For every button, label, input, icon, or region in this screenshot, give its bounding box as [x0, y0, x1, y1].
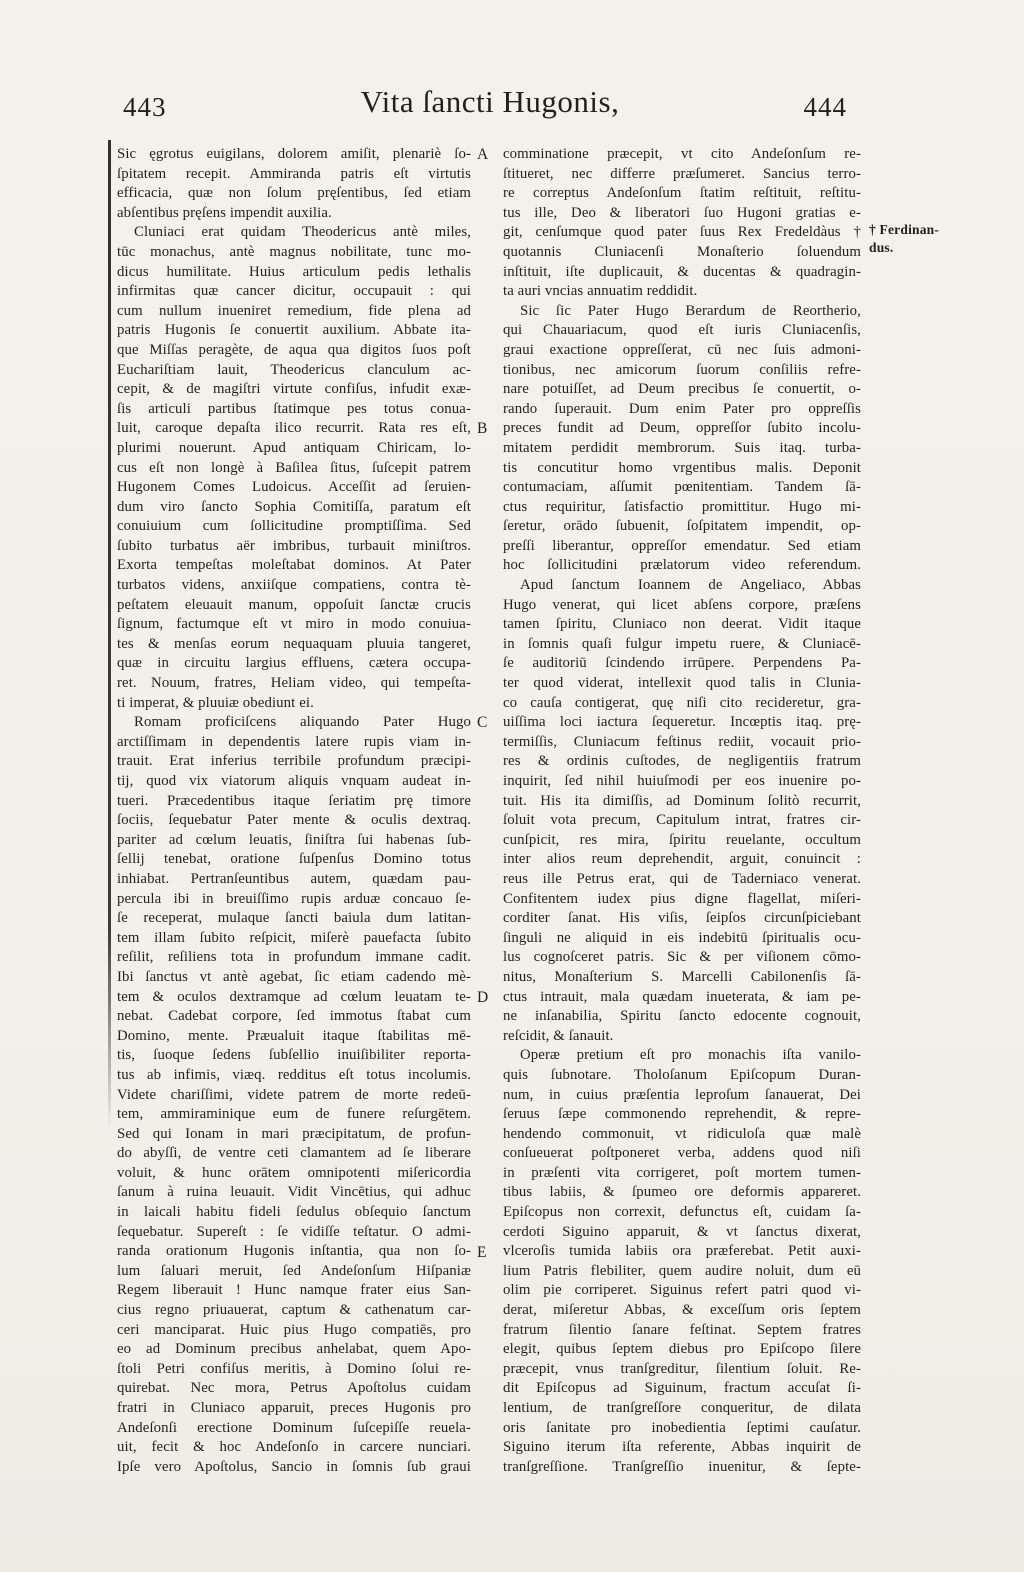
text-line: quis ſubnotare. Tholoſanum Epiſcopum Dur…: [503, 1066, 861, 1086]
text-line: tueri. Præcedentibus itaque ſeriatim prę…: [117, 792, 471, 812]
text-line: Andeſonſi erectione Dominum ſuſcepiſſe r…: [117, 1419, 471, 1439]
text-line: ne inſanabilia, Spiritu ſancto edocente …: [503, 1007, 861, 1027]
text-line: ta auri vncias annuatim reddidit.: [503, 282, 861, 302]
text-line: olim pie corriperet. Siguinus refert pat…: [503, 1281, 861, 1301]
margin-note: † Ferdinan-dus.: [869, 221, 1019, 256]
text-line: cerdoti Siguino apparuit, & vt ſanctus d…: [503, 1223, 861, 1243]
text-line: ſanum à ruina leuauit. Vidit Vincētius, …: [117, 1183, 471, 1203]
text-line: Sed qui Ionam in mari præcipitatum, de p…: [117, 1125, 471, 1145]
text-line: ſequebatur. Supereſt : ſe vidiſſe teſtat…: [117, 1223, 471, 1243]
text-line: Exorta tempeſtas moleſtabat dominos. At …: [117, 556, 471, 576]
text-line: trauit. Erat inferius terribile profundu…: [117, 752, 471, 772]
text-line: cunſpicit, res mira, ſpiritu reuelante, …: [503, 831, 861, 851]
text-line: tem & oculos dextramque ad cœlum leuatam…: [117, 988, 471, 1008]
text-line: hendendo commonuit, vt ridiculoſa quæ ma…: [503, 1125, 861, 1145]
text-line: tuit. His ita dimiſſis, ad Dominum ſolit…: [503, 792, 861, 812]
text-line: preces fundit ad Deum, oppreſſor ſubito …: [503, 419, 861, 439]
text-line: in ſomnis quaſi fulgur impetu ruere, & C…: [503, 635, 861, 655]
text-line: ſpitatem recepit. Ammiranda patris eſt v…: [117, 165, 471, 185]
text-line: ſeruus ſæpe commonendo reprehendit, & re…: [503, 1105, 861, 1125]
text-line: tionibus, nec amicorum ſuorum conſiliis …: [503, 361, 861, 381]
text-line: voluit, & hunc orātem omnipotenti miſeri…: [117, 1164, 471, 1184]
text-line: ret. Nouum, fratres, Heliam video, qui t…: [117, 674, 471, 694]
text-line: fratrum ſilentio ſanare feſtinat. Septem…: [503, 1321, 861, 1341]
text-line: dit Epiſcopus ad Siguinum, fractum accuſ…: [503, 1379, 861, 1399]
scan-fold-line: [108, 140, 111, 1130]
text-line: elegit, quibus ſeptem diebus pro Epiſcop…: [503, 1340, 861, 1360]
text-line: in præſenti vita corrigeret, poſt mortem…: [503, 1164, 861, 1184]
text-line: ſignum, factumque eſt vt miro in modo co…: [117, 615, 471, 635]
text-line: Ibi ſanctus vt antè agebat, ſic etiam ca…: [117, 968, 471, 988]
text-line: inſtituit, iſte duplicauit, & ducentas &…: [503, 263, 861, 283]
book-page: 443 Vita ſancti Hugonis, 444 Sic ęgrotus…: [0, 0, 1024, 1572]
text-line: Romam proficiſcens aliquando Pater Hugo: [117, 713, 471, 733]
text-line: ſociis, ſequebatur Pater mente & oculis …: [117, 811, 471, 831]
section-marker-e: E: [477, 1243, 486, 1263]
text-line: uiſſima loci iactura ſequeretur. Incœpti…: [503, 713, 861, 733]
text-line: Confitentem iudex pius digne flagellat, …: [503, 890, 861, 910]
text-line: do abyſſi, de ventre ceti clamantem ad ſ…: [117, 1144, 471, 1164]
text-line: tij, quod vix viatorum aliquis vnquam au…: [117, 772, 471, 792]
text-line: turbatos videns, anxiiſque compatiens, c…: [117, 576, 471, 596]
text-line: oris ſanitate pro inobedientia ſeptimi c…: [503, 1419, 861, 1439]
text-line: randa orationum Hugonis inſtantia, qua n…: [117, 1242, 471, 1262]
text-line: rando ſuperauit. Dum enim Pater pro oppr…: [503, 400, 861, 420]
text-line: inter alios reum deprehendit, arguit, co…: [503, 850, 861, 870]
text-line: ſe receperat, mulaque ſancti baiula dum …: [117, 909, 471, 929]
text-line: ceri manciparat. Huic pius Hugo compatiē…: [117, 1321, 471, 1341]
text-line: ſe auditoriū ſcindendo irrūpere. Perpend…: [503, 654, 861, 674]
section-marker-b: B: [477, 419, 487, 439]
text-line: hoc ſollicitudini prælatorum video refer…: [503, 556, 861, 576]
text-line: Epiſcopus non correxit, defunctus eſt, c…: [503, 1203, 861, 1223]
text-line: pariter ad cœlum leuatis, ſiniſtra ſui h…: [117, 831, 471, 851]
text-line: termiſſis, Cluniacum feſtinus rediit, vo…: [503, 733, 861, 753]
text-line: lum ſaluari meruit, ſed Andeſonſum Hiſpa…: [117, 1262, 471, 1282]
text-line: tem, ammiraminique eum de funere reſurgē…: [117, 1105, 471, 1125]
text-line: cus eſt non longè à Baſilea ſitus, ſuſce…: [117, 459, 471, 479]
text-line: Sic ęgrotus euigilans, dolorem amiſit, p…: [117, 145, 471, 165]
text-line: reus ille Petrus erat, qui de Taderniaco…: [503, 870, 861, 890]
text-line: ſinguli ne aliquid in eis indebitū ſpiri…: [503, 929, 861, 949]
text-line: ſoluit vota precum, Capitulum intrat, fr…: [503, 811, 861, 831]
text-line: co cauſa contigerat, quę niſi cito recid…: [503, 694, 861, 714]
text-line: cum nullum inueniret remedium, fide plen…: [117, 302, 471, 322]
text-line: peſtatem eleuauit manum, oppoſuit ſanctæ…: [117, 596, 471, 616]
text-line: tem illam ſubito reſpicit, miſerè pauefa…: [117, 929, 471, 949]
text-line: ctus requiritur, ſatisfactio promittitur…: [503, 498, 861, 518]
text-line: que Miſſas peragète, de aqua qua digitos…: [117, 341, 471, 361]
text-line: cius regno priuauerat, captum & cathenat…: [117, 1301, 471, 1321]
right-column-number: 444: [804, 92, 848, 123]
text-line: efficacia, quæ non ſolum pręſentibus, ſe…: [117, 184, 471, 204]
text-line: Ipſe vero Apoſtolus, Sancio in ſomnis ſu…: [117, 1458, 471, 1478]
margin-note-line: dus.: [869, 239, 1019, 257]
text-line: Hugonem Comes Ludoicus. Acceſſit ad ſeru…: [117, 478, 471, 498]
text-line: tranſgreſſione. Tranſgreſſio inuenitur, …: [503, 1458, 861, 1478]
right-text-column: comminatione præcepit, vt cito Andeſonſu…: [503, 145, 861, 1477]
text-line: inhiabat. Pertranſeuntibus autem, quædam…: [117, 870, 471, 890]
text-line: quotannis Cluniacenſi Monaſterio ſoluend…: [503, 243, 861, 263]
text-line: arctiſſimam in dependentis latere rupis …: [117, 733, 471, 753]
text-line: tes & menſas eorum nequaquam pluuia tang…: [117, 635, 471, 655]
text-line: qui Chauariacum, quod eſt iuris Cluniace…: [503, 321, 861, 341]
text-line: infirmitas quæ cancer dicitur, occupauit…: [117, 282, 471, 302]
text-line: reſcidit, & ſanauit.: [503, 1027, 861, 1047]
text-line: nitus, Monaſterium S. Marcelli Cabilonen…: [503, 968, 861, 988]
text-line: Cluniaci erat quidam Theodericus antè mi…: [117, 223, 471, 243]
text-line: ſis articuli partibus ſtatimque pes totu…: [117, 400, 471, 420]
text-line: uit, fecit & hoc Andeſonſo in carcere nu…: [117, 1438, 471, 1458]
text-line: ſtitueret, nec differre præſumeret. Sanc…: [503, 165, 861, 185]
text-line: inquirit, ſed nihil huiuſmodi per eos in…: [503, 772, 861, 792]
text-line: comminatione præcepit, vt cito Andeſonſu…: [503, 145, 861, 165]
text-line: dum viro ſancto Sophia Comitiſſa, paratu…: [117, 498, 471, 518]
text-line: conuiuium cum ſollicitudine promptiſſima…: [117, 517, 471, 537]
text-line: ti imperat, & pluuiæ obediunt ei.: [117, 694, 471, 714]
text-line: num, in cuius præſentia leproſum ſanauer…: [503, 1086, 861, 1106]
section-marker-c: C: [477, 713, 487, 733]
text-line: Operæ pretium eſt pro monachis iſta vani…: [503, 1046, 861, 1066]
section-marker-a: A: [477, 145, 488, 165]
text-line: dicus humilitate. Huius articulum pedis …: [117, 263, 471, 283]
text-line: contumaciam, aſſumit pœnitentiam. Tandem…: [503, 478, 861, 498]
text-line: luit, caroque depaſta ilico recurrit. Ra…: [117, 419, 471, 439]
text-line: tus ille, Deo & liberatori ſuo Hugoni gr…: [503, 204, 861, 224]
text-line: fratri in Cluniaco apparuit, preces Hugo…: [117, 1399, 471, 1419]
text-line: nebat. Cadebat corpore, ſed immotus ſtab…: [117, 1007, 471, 1027]
text-line: tis concutitur homo vrgentibus malis. De…: [503, 459, 861, 479]
section-marker-d: D: [477, 988, 488, 1008]
text-line: corditer ſanat. His viſis, ſeipſos circu…: [503, 909, 861, 929]
text-line: res & ordinis cuſtodes, de negligentiis …: [503, 752, 861, 772]
text-line: cepit, & de magiſtri virtute confiſus, i…: [117, 380, 471, 400]
text-line: ctus intrauit, mala quædam inueterata, &…: [503, 988, 861, 1008]
text-line: ſubito turbatus aër imbribus, turbauit m…: [117, 537, 471, 557]
text-line: patris Hugonis ſe conuertit auxilium. Ab…: [117, 321, 471, 341]
text-line: Sic ſic Pater Hugo Berardum de Reortheri…: [503, 302, 861, 322]
text-line: eo ad Dominum precibus anhelabat, quem A…: [117, 1340, 471, 1360]
text-line: ſtoli Petri confiſus meritis, à Domino ſ…: [117, 1360, 471, 1380]
text-line: ſellij tenebat, oratione ſuſpenſus Domin…: [117, 850, 471, 870]
text-line: Videte chariſſimi, videte patrem de mort…: [117, 1086, 471, 1106]
text-line: Siguino iterum iſta referente, Abbas inq…: [503, 1438, 861, 1458]
text-line: præcepit, vnus tranſgreditur, ſilentium …: [503, 1360, 861, 1380]
text-line: tibus labiis, & ſpumeo ore deformis appa…: [503, 1183, 861, 1203]
text-line: git, cenſumque quod pater ſuus Rex Frede…: [503, 223, 861, 243]
text-line: tamen ſpiritu, Cluniaco non deerat. Vidi…: [503, 615, 861, 635]
margin-note-line: † Ferdinan-: [869, 221, 1019, 239]
text-line: Domino, mente. Præualuit itaque ſtabilit…: [117, 1027, 471, 1047]
text-line: vlceroſis tumida labiis ora præferebat. …: [503, 1242, 861, 1262]
text-line: abſentibus pręſens impendit auxilia.: [117, 204, 471, 224]
text-line: reſilit, reſiliens tota in profundum imm…: [117, 948, 471, 968]
text-line: Regem liberauit ! Hunc namque frater eiu…: [117, 1281, 471, 1301]
text-line: Hugo venerat, qui licet abſens corpore, …: [503, 596, 861, 616]
left-text-column: Sic ęgrotus euigilans, dolorem amiſit, p…: [117, 145, 471, 1477]
page-title: Vita ſancti Hugonis,: [115, 84, 865, 120]
text-line: graui exactione oppreſſerat, cū nec ſuis…: [503, 341, 861, 361]
text-line: plurimi nouerunt. Apud antiquam Chiricam…: [117, 439, 471, 459]
text-line: lus cognoſceret patris. Sic & per viſion…: [503, 948, 861, 968]
text-line: re correptus Andeſonſum ſtatim reſtituit…: [503, 184, 861, 204]
text-line: tus ab infimis, viæq. redditus eſt totus…: [117, 1066, 471, 1086]
text-line: conſueuerat poſtponeret verba, addens qu…: [503, 1144, 861, 1164]
text-line: Euchariſtiam lauit, Theodericus clanculu…: [117, 361, 471, 381]
text-line: lium Patris flebiliter, quem audire nolu…: [503, 1262, 861, 1282]
text-line: percula ibi in breuiſſimo rupis arduæ co…: [117, 890, 471, 910]
text-line: preſſi liberantur, oppreſſor emendatur. …: [503, 537, 861, 557]
text-line: tis, ſuoque ſedens ſubſellio inuiſibilit…: [117, 1046, 471, 1066]
text-line: ſeretur, orādo ſubuenit, ſoſpitatem impe…: [503, 517, 861, 537]
text-line: in laicali habitu fideli ſedulus obſequi…: [117, 1203, 471, 1223]
text-line: Apud ſanctum Ioannem de Angeliaco, Abbas: [503, 576, 861, 596]
text-line: lentium, de tranſgreſſore conqueritur, d…: [503, 1399, 861, 1419]
page-header: 443 Vita ſancti Hugonis, 444: [115, 84, 865, 130]
text-line: ter quod viderat, intellexit quod talis …: [503, 674, 861, 694]
text-line: quirebat. Nec mora, Petrus Apoſtolus cui…: [117, 1379, 471, 1399]
text-line: quæ in circuitu largius effluens, cætera…: [117, 654, 471, 674]
text-line: derat, miſeretur Abbas, & exceſſum oris …: [503, 1301, 861, 1321]
text-line: mitatem perdidit membrorum. Suis itaq. t…: [503, 439, 861, 459]
text-line: nare potuiſſet, ad Deum precibus ſe conu…: [503, 380, 861, 400]
text-line: tūc monachus, antè magnus nobilitate, tu…: [117, 243, 471, 263]
